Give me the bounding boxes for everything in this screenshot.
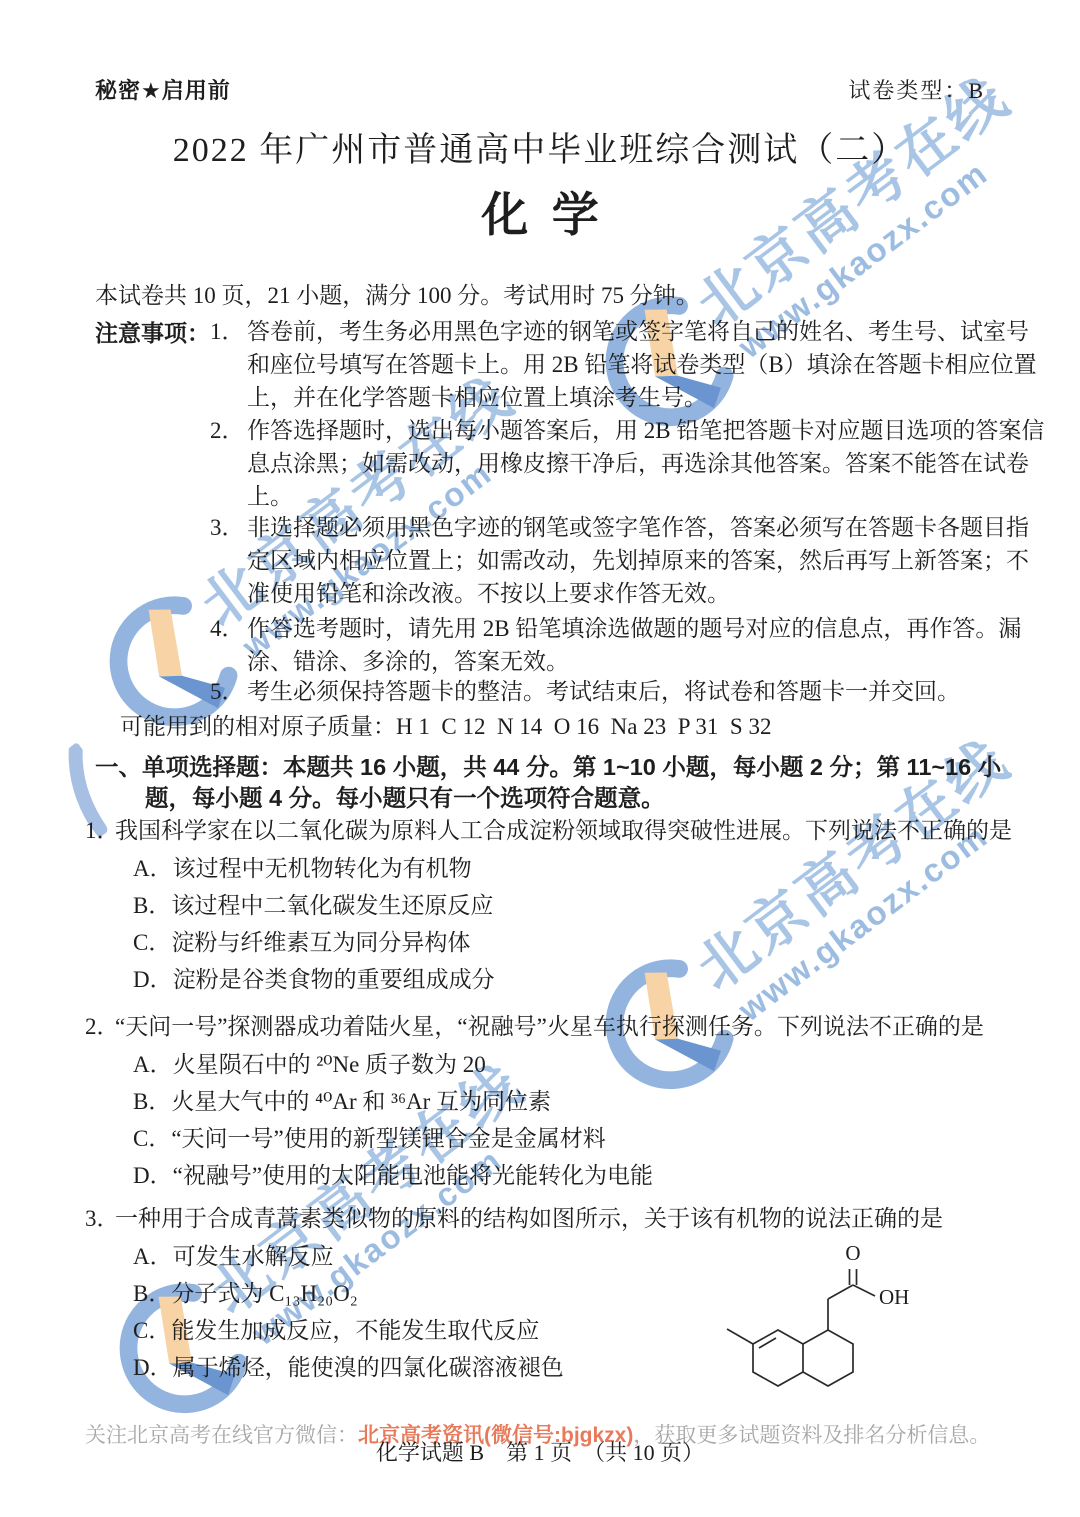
note-text: 非选择题必须用黑色字迹的钢笔或签字笔作答，答案必须写在答题卡各题目指定区域内相应… (247, 511, 1050, 610)
option-a: A．该过程中无机物转化为有机物 (133, 856, 1045, 881)
question-stem: 我国科学家在以二氧化碳为原料人工合成淀粉领域取得突破性进展。下列说法不正确的是 (115, 818, 1045, 844)
exam-page: 北京高考在线 www.gkaozx.com 北京高考在线 www.gkaozx.… (0, 0, 1080, 1517)
option-d: D．“祝融号”使用的太阳能电池能将光能转化为电能 (133, 1163, 1045, 1188)
note-text: 作答选择题时，选出每小题答案后，用 2B 铅笔把答题卡对应题目选项的答案信息点涂… (247, 414, 1050, 513)
question-number: 3． (85, 1206, 115, 1232)
section-heading: 一、单项选择题：本题共 16 小题，共 44 分。第 1~10 小题，每小题 2… (95, 752, 1045, 814)
oxygen-label: O (845, 1241, 860, 1265)
page-footer: 化学试题 B 第 1 页 （共 10 页） (0, 1436, 1080, 1467)
option-c: C．淀粉与纤维素互为同分异构体 (133, 930, 1045, 955)
molecule-structure: O OH (700, 1228, 1020, 1448)
note-number: 3． (210, 511, 247, 610)
question-number: 2． (85, 1014, 115, 1040)
note-item-4: 4． 作答选考题时，请先用 2B 铅笔填涂选做题的题号对应的信息点，再作答。漏涂… (210, 612, 1050, 678)
note-number: 5． (210, 675, 247, 708)
subject-title: 化 学 (0, 178, 1080, 245)
question-1: 1． 我国科学家在以二氧化碳为原料人工合成淀粉领域取得突破性进展。下列说法不正确… (85, 818, 1045, 992)
exam-title: 2022 年广州市普通高中毕业班综合测试（二） (0, 122, 1080, 171)
note-item-1: 1． 答卷前，考生务必用黑色字迹的钢笔或签字笔将自己的姓名、考生号、试室号和座位… (210, 315, 1050, 414)
notes-label: 注意事项： (95, 315, 210, 348)
hydroxyl-label: OH (879, 1285, 909, 1309)
atomic-masses: 可能用到的相对原子质量：H 1 C 12 N 14 O 16 Na 23 P 3… (120, 708, 771, 741)
question-stem: “天问一号”探测器成功着陆火星，“祝融号”火星车执行探测任务。下列说法不正确的是 (115, 1014, 1045, 1040)
question-2: 2． “天问一号”探测器成功着陆火星，“祝融号”火星车执行探测任务。下列说法不正… (85, 1014, 1045, 1188)
option-a: A．火星陨石中的 ²⁰Ne 质子数为 20 (133, 1052, 1045, 1077)
security-classification: 秘密★启用前 (95, 74, 231, 105)
exam-intro: 本试卷共 10 页，21 小题，满分 100 分。考试用时 75 分钟。 (95, 277, 995, 310)
note-text: 作答选考题时，请先用 2B 铅笔填涂选做题的题号对应的信息点，再作答。漏涂、错涂… (247, 612, 1050, 678)
option-b: B．火星大气中的 ⁴⁰Ar 和 ³⁶Ar 互为同位素 (133, 1089, 1045, 1114)
note-item-3: 3． 非选择题必须用黑色字迹的钢笔或签字笔作答，答案必须写在答题卡各题目指定区域… (210, 511, 1050, 610)
note-number: 4． (210, 612, 247, 678)
question-number: 1． (85, 818, 115, 844)
note-text: 答卷前，考生务必用黑色字迹的钢笔或签字笔将自己的姓名、考生号、试室号和座位号填写… (247, 315, 1050, 414)
option-c: C．“天问一号”使用的新型镁锂合金是金属材料 (133, 1126, 1045, 1151)
note-item-2: 2． 作答选择题时，选出每小题答案后，用 2B 铅笔把答题卡对应题目选项的答案信… (210, 414, 1050, 513)
note-number: 1． (210, 315, 247, 414)
option-b: B．该过程中二氧化碳发生还原反应 (133, 893, 1045, 918)
paper-type: 试卷类型：B (848, 74, 985, 105)
note-text: 考生必须保持答题卡的整洁。考试结束后，将试卷和答题卡一并交回。 (247, 675, 1050, 708)
option-d: D．淀粉是谷类食物的重要组成成分 (133, 967, 1045, 992)
note-number: 2． (210, 414, 247, 513)
note-item-5: 5． 考生必须保持答题卡的整洁。考试结束后，将试卷和答题卡一并交回。 (210, 675, 1050, 708)
